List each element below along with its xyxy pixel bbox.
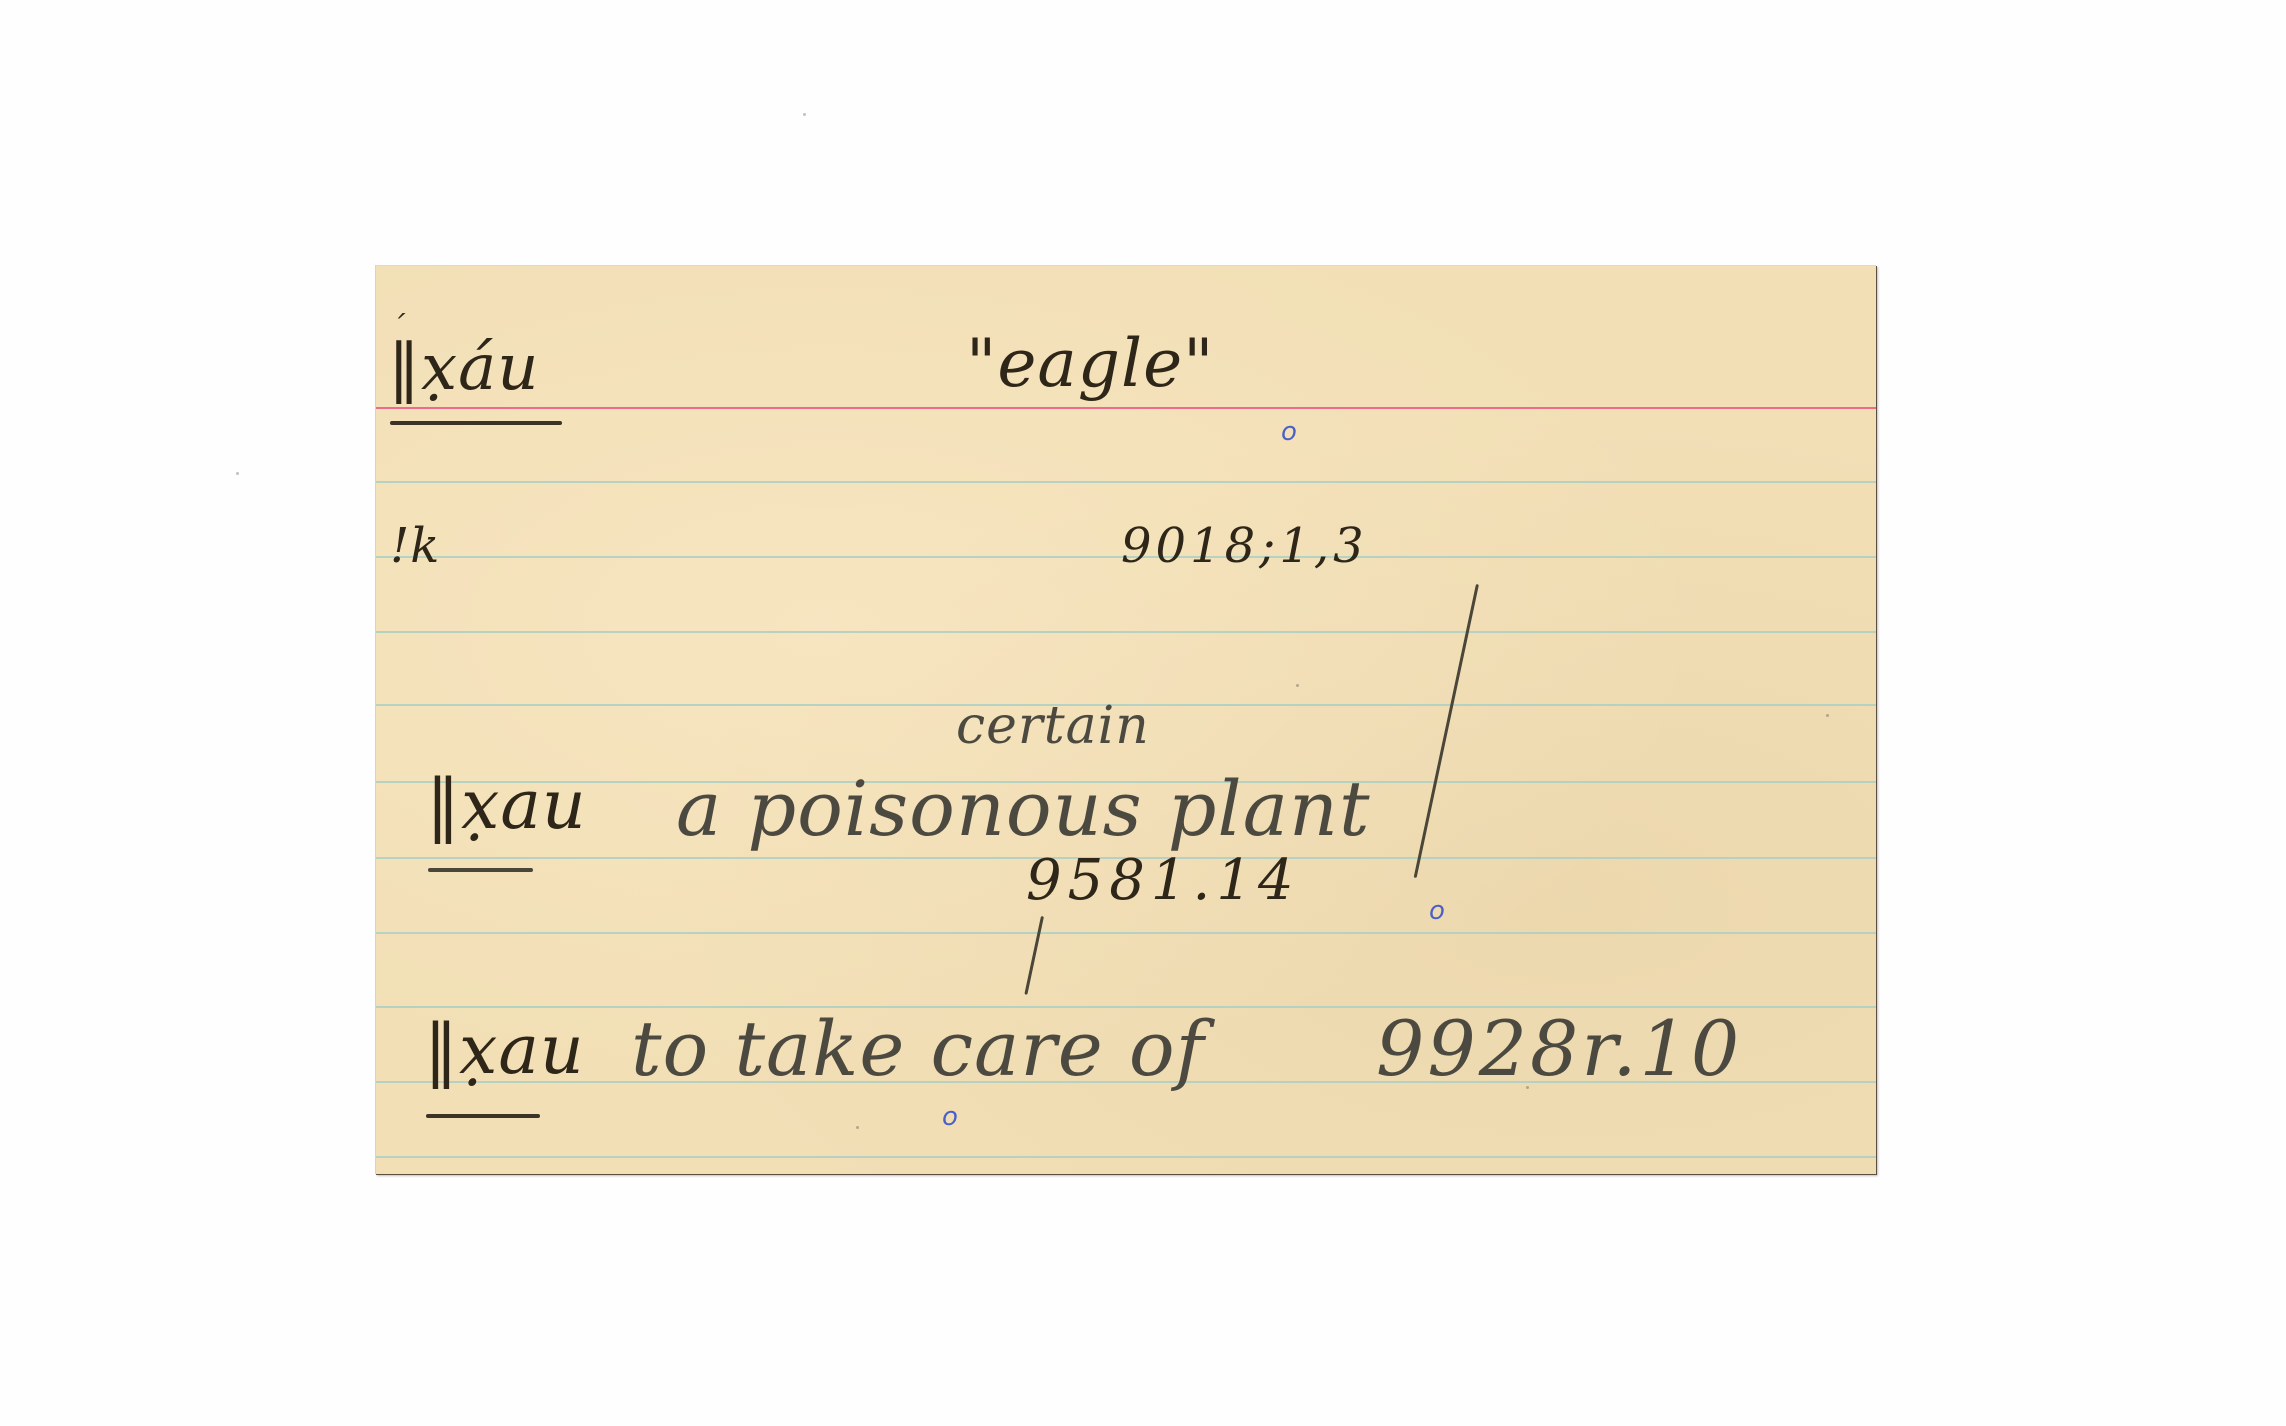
header-rule — [376, 407, 1876, 409]
check-mark: o — [942, 1104, 958, 1130]
check-mark: o — [1281, 419, 1297, 445]
ruled-line — [376, 932, 1876, 934]
entry-gloss: a poisonous plant — [676, 764, 1371, 854]
entry-headword: ‖x̣au — [424, 1011, 585, 1091]
ruled-line — [376, 481, 1876, 483]
card-headword: ‖x̣áu — [388, 328, 539, 408]
headword-underline — [390, 421, 562, 425]
source-abbrev: !k — [390, 516, 440, 576]
entry-interlinear-note: certain — [956, 696, 1150, 756]
paper-speck — [856, 1126, 859, 1129]
ruled-line — [376, 1156, 1876, 1158]
entry-headword-underline — [426, 1114, 540, 1118]
scan-speck — [236, 472, 239, 475]
paper-speck — [1826, 714, 1829, 717]
entry-reference: 9581.14 — [1026, 846, 1300, 916]
entry-headword-underline — [428, 868, 533, 872]
ruled-line — [376, 631, 1876, 633]
insertion-stroke — [1414, 584, 1479, 878]
card-gloss: "eagle" — [966, 324, 1215, 404]
paper-speck — [1526, 1086, 1529, 1089]
check-mark: o — [1429, 898, 1445, 924]
scan-speck — [803, 113, 806, 116]
scan-background: ´ ‖x̣áu "eagle" o !k 9018;1,3 certain ‖x… — [0, 0, 2286, 1426]
entry-gloss: to take care of — [631, 1004, 1205, 1094]
entry-reference: 9928r.10 — [1376, 1004, 1742, 1094]
paper-speck — [1296, 684, 1299, 687]
insertion-stroke — [1024, 916, 1044, 995]
source-reference: 9018;1,3 — [1121, 516, 1368, 576]
index-card: ´ ‖x̣áu "eagle" o !k 9018;1,3 certain ‖x… — [375, 265, 1876, 1174]
entry-headword: ‖x̣au — [426, 766, 587, 846]
